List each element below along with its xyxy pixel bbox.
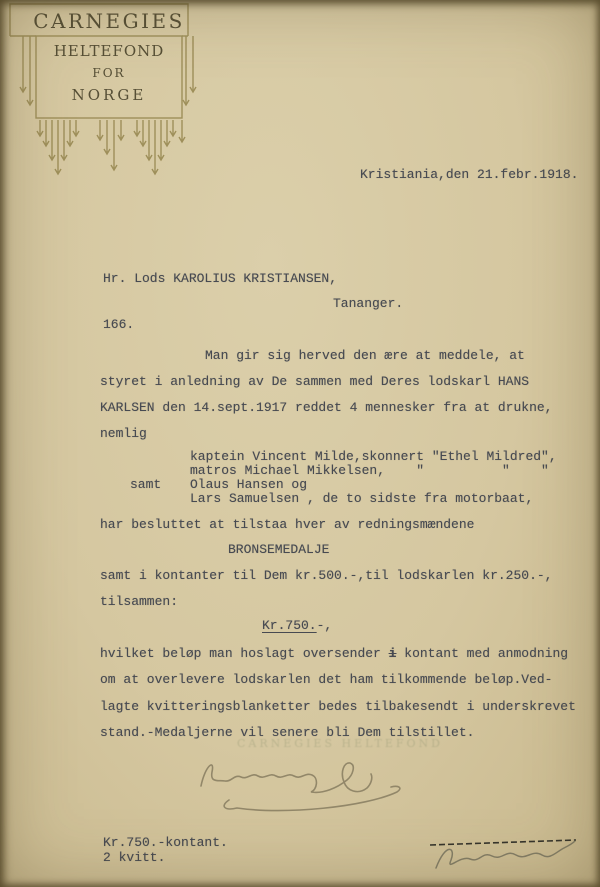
rescued-list-line: kaptein Vincent Milde,skonnert "Ethel Mi… <box>190 450 557 464</box>
body-line: lagte kvitteringsblanketter bedes tilbak… <box>100 700 576 714</box>
footer-receipt-note: 2 kvitt. <box>103 851 165 865</box>
letterhead-subtitle-norge: NORGE <box>20 86 198 104</box>
letterhead-subtitle-heltefond: HELTEFOND <box>20 42 198 60</box>
sum-amount: Kr.750. <box>262 618 317 633</box>
footer-amount-note: Kr.750.-kontant. <box>103 836 228 850</box>
sum-line: Kr.750.-, <box>262 619 332 633</box>
sum-suffix: -, <box>317 618 333 633</box>
signature-handwritten <box>185 750 435 812</box>
body-line: styret i anledning av De sammen med Dere… <box>100 375 529 389</box>
letterhead-title: CARNEGIES <box>20 9 198 33</box>
body-line-segment: hvilket beløp man hoslagt oversender <box>100 646 389 661</box>
body-line: Man gir sig herved den ære at meddele, a… <box>205 349 525 363</box>
samt-label: samt <box>130 478 161 492</box>
letterhead: CARNEGIES HELTEFOND FOR NORGE <box>6 2 206 180</box>
body-line-segment: kontant med anmodning <box>396 646 568 661</box>
recipient-place: Tananger. <box>333 297 403 311</box>
body-line: nemlig <box>100 427 147 441</box>
rescued-list-line: matros Michael Mikkelsen, " " " <box>190 464 549 478</box>
body-line: har besluttet at tilstaa hver av redning… <box>100 518 474 532</box>
letterhead-subtitle-for: FOR <box>20 66 198 80</box>
medal-line: BRONSEMEDALJE <box>228 543 329 557</box>
body-line: tilsammen: <box>100 595 178 609</box>
recipient-name: Hr. Lods KAROLIUS KRISTIANSEN, <box>103 272 337 286</box>
faint-letterhead-stamp: CARNEGIES HELTEFOND <box>190 737 490 750</box>
body-line: hvilket beløp man hoslagt oversender i k… <box>100 647 568 661</box>
letter-page: CARNEGIES HELTEFOND FOR NORGE Kristiania… <box>0 0 600 887</box>
body-line: om at overlevere lodskarlen det ham tilk… <box>100 673 552 687</box>
body-line: samt i kontanter til Dem kr.500.-,til lo… <box>100 569 552 583</box>
signature-pencil-bottom-right <box>420 824 590 886</box>
reference-number: 166. <box>103 318 134 332</box>
rescued-list-line: Lars Samuelsen , de to sidste fra motorb… <box>190 492 533 506</box>
date-line: Kristiania,den 21.febr.1918. <box>360 168 578 182</box>
rescued-list-line: Olaus Hansen og <box>190 478 307 492</box>
body-line: KARLSEN den 14.sept.1917 reddet 4 mennes… <box>100 401 552 415</box>
